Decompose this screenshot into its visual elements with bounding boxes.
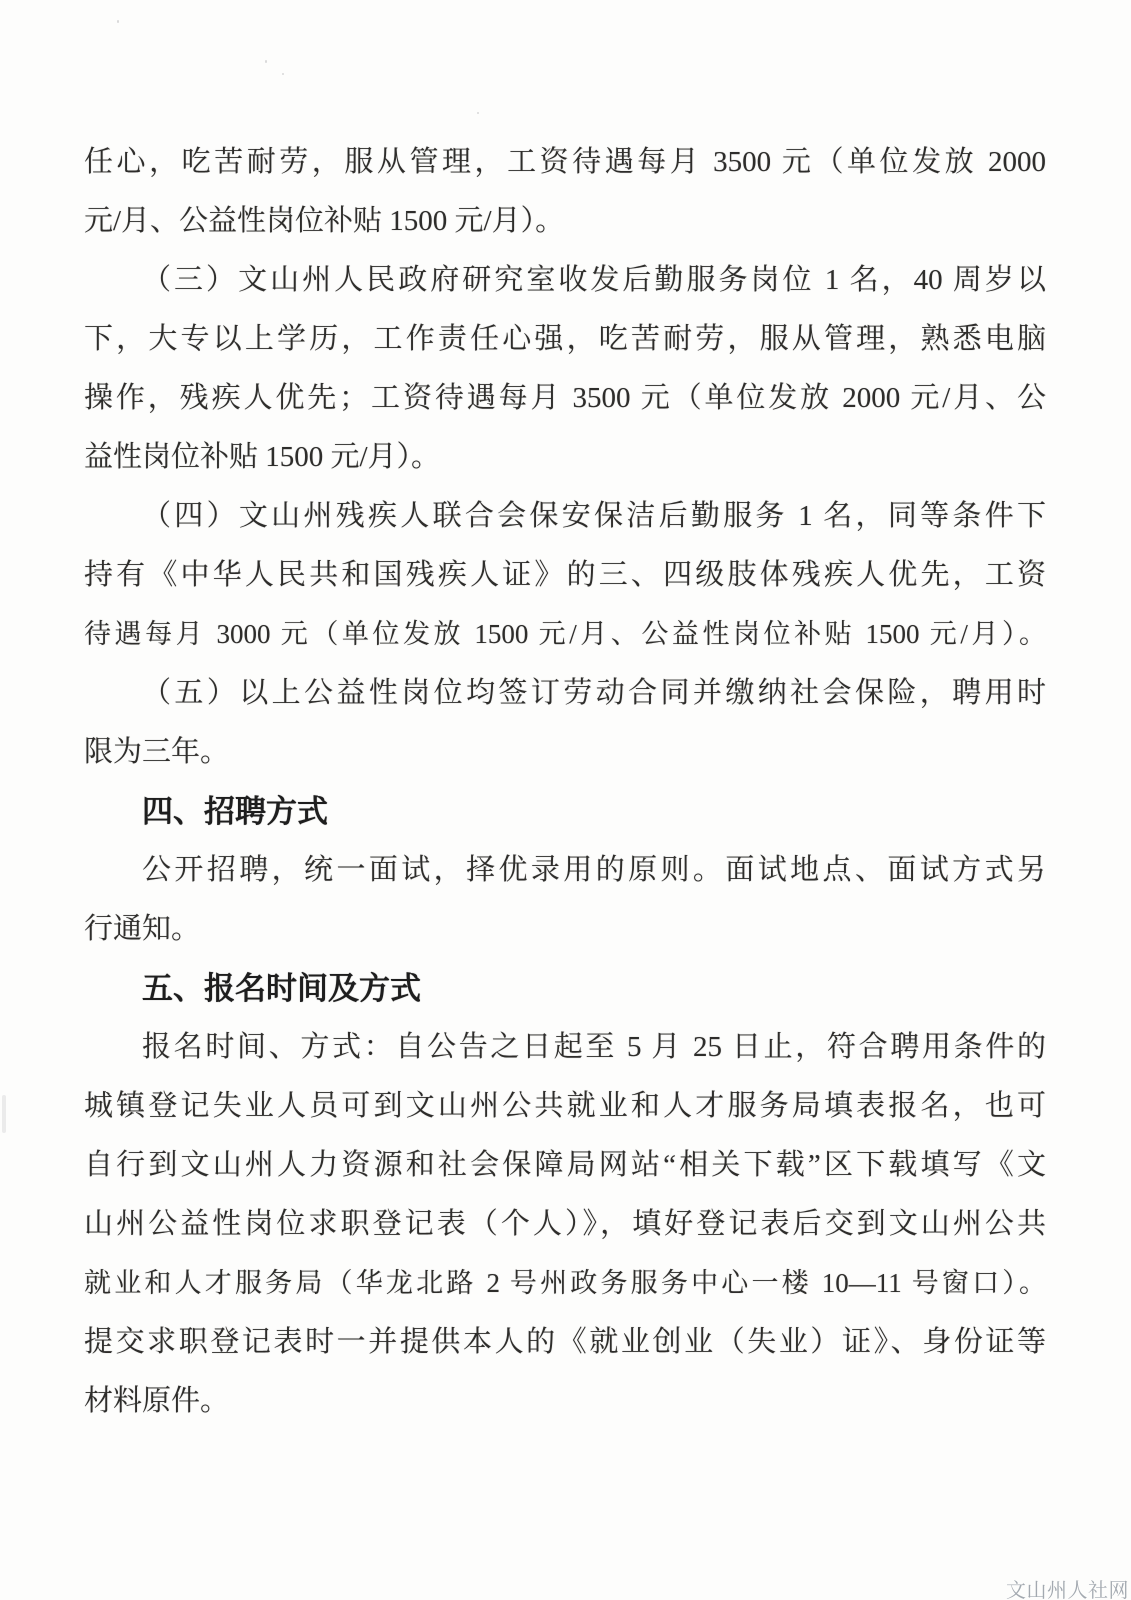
section-heading-recruitment-method: 四、招聘方式 <box>84 782 1046 841</box>
doc-line: 元/月、公益性岗位补贴 1500 元/月）。 <box>84 192 1046 251</box>
doc-line: 持有《中华人民共和国残疾人证》的三、四级肢体残疾人优先，工资 <box>84 546 1046 605</box>
scan-speck <box>477 112 479 114</box>
doc-line: 城镇登记失业人员可到文山州公共就业和人才服务局填表报名，也可 <box>84 1077 1046 1136</box>
site-watermark: 文山州人社网 <box>1006 1574 1129 1600</box>
doc-line-item-3: （三）文山州人民政府研究室收发后勤服务岗位 1 名，40 周岁以 <box>84 251 1046 310</box>
doc-line: 自行到文山州人力资源和社会保障局网站“相关下载”区下载填写《文 <box>84 1136 1046 1195</box>
doc-line: 行通知。 <box>84 900 1046 959</box>
doc-line: 公开招聘，统一面试，择优录用的原则。面试地点、面试方式另 <box>84 841 1046 900</box>
doc-line: 下，大专以上学历，工作责任心强，吃苦耐劳，服从管理，熟悉电脑 <box>84 310 1046 369</box>
scan-edge-smudge <box>2 1095 6 1133</box>
doc-line: 操作，残疾人优先；工资待遇每月 3500 元（单位发放 2000 元/月、公 <box>84 369 1046 428</box>
scanned-document-page: 任心，吃苦耐劳，服从管理，工资待遇每月 3500 元（单位发放 2000 元/月… <box>0 0 1131 1600</box>
doc-line-item-5: （五）以上公益性岗位均签订劳动合同并缴纳社会保险，聘用时 <box>84 664 1046 723</box>
doc-line: 任心，吃苦耐劳，服从管理，工资待遇每月 3500 元（单位发放 2000 <box>84 133 1046 192</box>
doc-line: 报名时间、方式：自公告之日起至 5 月 25 日止，符合聘用条件的 <box>84 1018 1046 1077</box>
doc-line-item-4: （四）文山州残疾人联合会保安保洁后勤服务 1 名，同等条件下 <box>84 487 1046 546</box>
scan-speck <box>117 20 119 23</box>
scan-speck <box>282 73 284 75</box>
doc-line: 材料原件。 <box>84 1372 1046 1431</box>
doc-line: 就业和人才服务局（华龙北路 2 号州政务服务中心一楼 10—11 号窗口）。 <box>84 1254 1046 1313</box>
doc-line: 限为三年。 <box>84 723 1046 782</box>
scan-speck <box>265 60 267 63</box>
doc-line: 益性岗位补贴 1500 元/月）。 <box>84 428 1046 487</box>
doc-line: 提交求职登记表时一并提供本人的《就业创业（失业）证》、身份证等 <box>84 1313 1046 1372</box>
doc-line: 待遇每月 3000 元（单位发放 1500 元/月、公益性岗位补贴 1500 元… <box>84 605 1046 664</box>
section-heading-registration-time: 五、报名时间及方式 <box>84 959 1046 1018</box>
document-body: 任心，吃苦耐劳，服从管理，工资待遇每月 3500 元（单位发放 2000 元/月… <box>84 133 1046 1431</box>
doc-line: 山州公益性岗位求职登记表（个人）》，填好登记表后交到文山州公共 <box>84 1195 1046 1254</box>
